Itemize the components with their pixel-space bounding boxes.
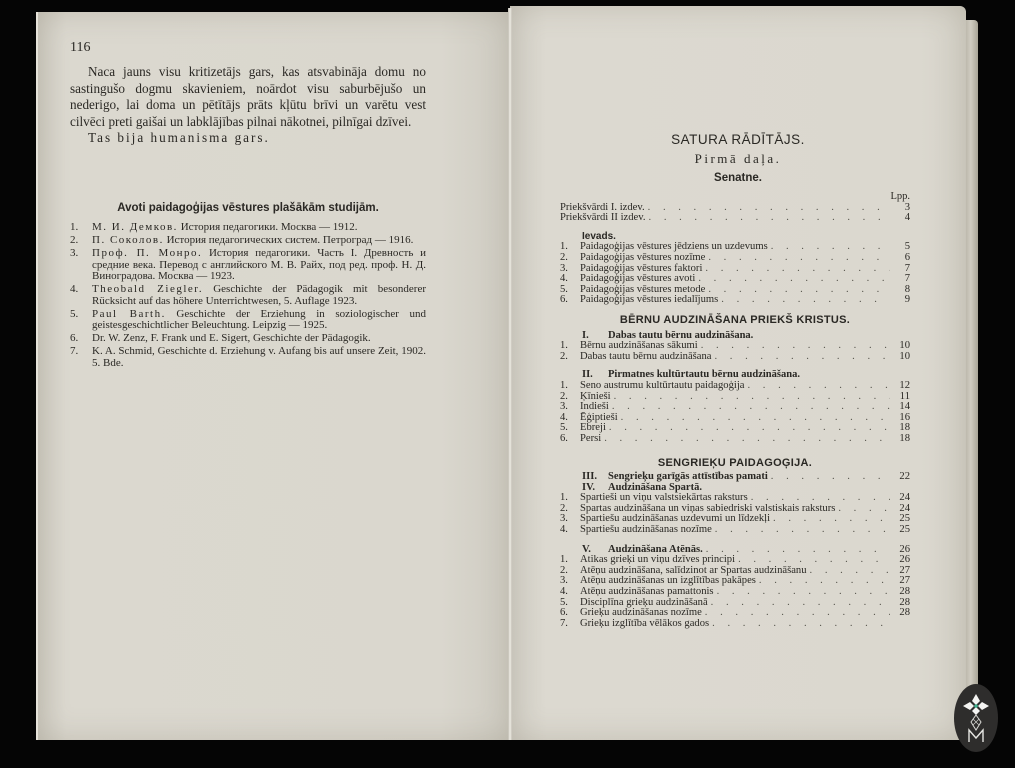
source-author: Paul Barth. [92,308,166,320]
source-text: Theobald Ziegler. Geschichte der Pädagog… [92,284,426,307]
dot-leader: . . . . . . . . . . . . . . . . . . . . … [708,598,890,609]
entry-number: 2. [560,253,580,264]
entry-number: 6. [560,295,580,306]
source-item: 5.Paul Barth. Geschichte der Erziehung i… [70,309,426,332]
source-item: 4.Theobald Ziegler. Geschichte der Pädag… [70,284,426,307]
source-text: П. Соколов. История педагогических систе… [92,235,426,247]
dot-leader: . . . . . . . . . . . . . . . . . . . . … [702,264,890,275]
table-of-contents: Lpp.Priekšvārdi I. izdev. . . . . . . . … [560,192,910,629]
book-spine [508,8,512,740]
source-text: Проф. П. Монро. История педагогики. Част… [92,248,426,283]
toc-entry: 4.Atēņu audzināšanas pamattonis . . . . … [560,587,910,598]
dot-leader: . . . . . . . . . . . . . . . . . . . . … [712,352,891,363]
source-number: 7. [70,346,92,369]
page-column-label: Lpp. [560,192,910,203]
dot-leader: . . . . . . . . . . . . . . . . . . . . … [611,392,890,403]
dot-leader: . . . . . . . . . . . . . . . . . . . . … [646,213,890,224]
source-number: 2. [70,235,92,247]
source-author: Проф. П. Монро. [92,247,202,259]
dot-leader: . . . . . . . . . . . . . . . . . . . . … [712,525,890,536]
page-stack-edge [966,20,978,736]
entry-page: 22 [890,472,910,483]
dot-leader: . . . . . . . . . . . . . . . . . . . . … [698,341,890,352]
dot-leader: . . . . . . . . . . . . . . . . . . . . … [835,504,890,515]
toc-subtitle: Senatne. [560,172,916,184]
entry-title: Grieķu izglītība vēlākos gados [580,619,709,630]
entry-title: Priekšvārdi II izdev. [560,213,646,224]
source-author: М. И. Демков. [92,221,178,233]
entry-title: Persi [580,434,601,445]
toc-entry: 7.Grieķu izglītība vēlākos gados . . . .… [560,619,910,630]
toc-entry: 6.Persi . . . . . . . . . . . . . . . . … [560,434,910,445]
paragraph: Nacа jauns visu kritizetājs gars, kas at… [70,64,426,130]
dot-leader: . . . . . . . . . . . . . . . . . . . . … [702,608,890,619]
dot-leader: . . . . . . . . . . . . . . . . . . . . … [714,587,890,598]
dot-leader: . . . . . . . . . . . . . . . . . . . . … [705,253,890,264]
toc-entry: 1.Seno austrumu kultūrtautu paidagoģija … [560,381,910,392]
entry-page: 25 [890,525,910,536]
dot-leader: . . . . . . . . . . . . . . . . . . . . … [609,402,890,413]
dot-leader: . . . . . . . . . . . . . . . . . . . . … [606,423,890,434]
toc-entry: 2.Paidagoģijas vēstures nozīme . . . . .… [560,253,910,264]
source-number: 4. [70,284,92,307]
sources-heading: Avoti paidagoģijas vēstures plašākām stu… [70,202,426,214]
entry-title: Seno austrumu kultūrtautu paidagoģija [580,381,744,392]
toc-entry: 4.Ēģiptieši . . . . . . . . . . . . . . … [560,413,910,424]
dot-leader: . . . . . . . . . . . . . . . . . . . . … [718,295,890,306]
dot-leader: . . . . . . . . . . . . . . . . . . . . … [770,514,890,525]
entry-title: Paidagoģijas vēstures nozīme [580,253,705,264]
entry-number: 7. [560,619,580,630]
entry-page: 9 [890,295,910,306]
sources-list: 1.М. И. Демков. История педагогики. Моск… [70,222,426,371]
toc-entry: 2.Ķīnieši . . . . . . . . . . . . . . . … [560,392,910,403]
source-author: Theobald Ziegler. [92,283,203,295]
source-number: 1. [70,222,92,234]
entry-number: 1. [560,381,580,392]
entry-page: 10 [890,352,910,363]
paragraph: Tas bija humanisma gars. [70,130,426,147]
dot-leader: . . . . . . . . . . . . . . . . . . . . … [756,576,890,587]
entry-title: Paidagoģijas vēstures iedalījums [580,295,718,306]
entry-title: Spartiešu audzināšanas nozīme [580,525,712,536]
source-text: Paul Barth. Geschichte der Erziehung in … [92,309,426,332]
closing-paragraph: Nacа jauns visu kritizetājs gars, kas at… [70,64,426,147]
dot-leader: . . . . . . . . . . . . . . . . . . . . … [807,566,890,577]
source-item: 6.Dr. W. Zenz, F. Frank und E. Sigert, G… [70,333,426,345]
entry-page: 4 [890,213,910,224]
source-author: П. Соколов. [92,234,164,246]
watermark-badge [954,684,998,752]
source-text: М. И. Демков. История педагогики. Москва… [92,222,426,234]
dot-leader: . . . . . . . . . . . . . . . . . . . . … [768,242,890,253]
toc-entry: Priekšvārdi II izdev. . . . . . . . . . … [560,213,910,224]
source-text: K. A. Schmid, Geschichte d. Erziehung v.… [92,346,426,369]
dot-leader: . . . . . . . . . . . . . . . . . . . . … [695,274,890,285]
source-number: 6. [70,333,92,345]
source-text: Dr. W. Zenz, F. Frank und E. Sigert, Ges… [92,333,426,345]
entry-page: 6 [890,253,910,264]
entry-page: 12 [890,381,910,392]
toc-title: SATURA RĀDĪTĀJS. [560,132,916,147]
source-item: 7.K. A. Schmid, Geschichte d. Erziehung … [70,346,426,369]
chapter-heading: SENGRIEĶU PAIDAGOĢIJA. [560,458,910,469]
entry-page: 28 [890,608,910,619]
entry-number: 6. [560,434,580,445]
dot-leader: . . . . . . . . . . . . . . . . . . . . … [744,381,890,392]
entry-page: 28 [890,587,910,598]
source-number: 5. [70,309,92,332]
dot-leader: . . . . . . . . . . . . . . . . . . . . … [709,619,890,630]
source-item: 2.П. Соколов. История педагогических сис… [70,235,426,247]
toc-entry: 6.Paidagoģijas vēstures iedalījums . . .… [560,295,910,306]
dot-leader: . . . . . . . . . . . . . . . . . . . . … [705,285,890,296]
entry-title: Dabas tautu bērnu audzināšana [580,352,712,363]
toc-part: Pirmā daļa. [560,151,916,167]
entry-number: 4. [560,587,580,598]
dot-leader: . . . . . . . . . . . . . . . . . . . . … [601,434,890,445]
dot-leader: . . . . . . . . . . . . . . . . . . . . … [618,413,890,424]
chapter-heading: BĒRNU AUDZINĀŠANA PRIEKŠ KRISTUS. [560,315,910,326]
entry-number: 2. [560,352,580,363]
entry-number: 4. [560,525,580,536]
ornament-m-logo-icon [961,692,991,744]
entry-page: 18 [890,434,910,445]
toc-entry: 4.Spartiešu audzināšanas nozīme . . . . … [560,525,910,536]
toc-entry: 2.Dabas tautu bērnu audzināšana . . . . … [560,352,910,363]
source-item: 1.М. И. Демков. История педагогики. Моск… [70,222,426,234]
source-item: 3.Проф. П. Монро. История педагогики. Ча… [70,248,426,283]
toc-entry: 5.Ebreji . . . . . . . . . . . . . . . .… [560,423,910,434]
page-number: 116 [70,40,90,56]
source-number: 3. [70,248,92,283]
dot-leader: . . . . . . . . . . . . . . . . . . . . … [768,472,890,483]
entry-title: Atēņu audzināšanas pamattonis [580,587,714,598]
dot-leader: . . . . . . . . . . . . . . . . . . . . … [645,203,890,214]
